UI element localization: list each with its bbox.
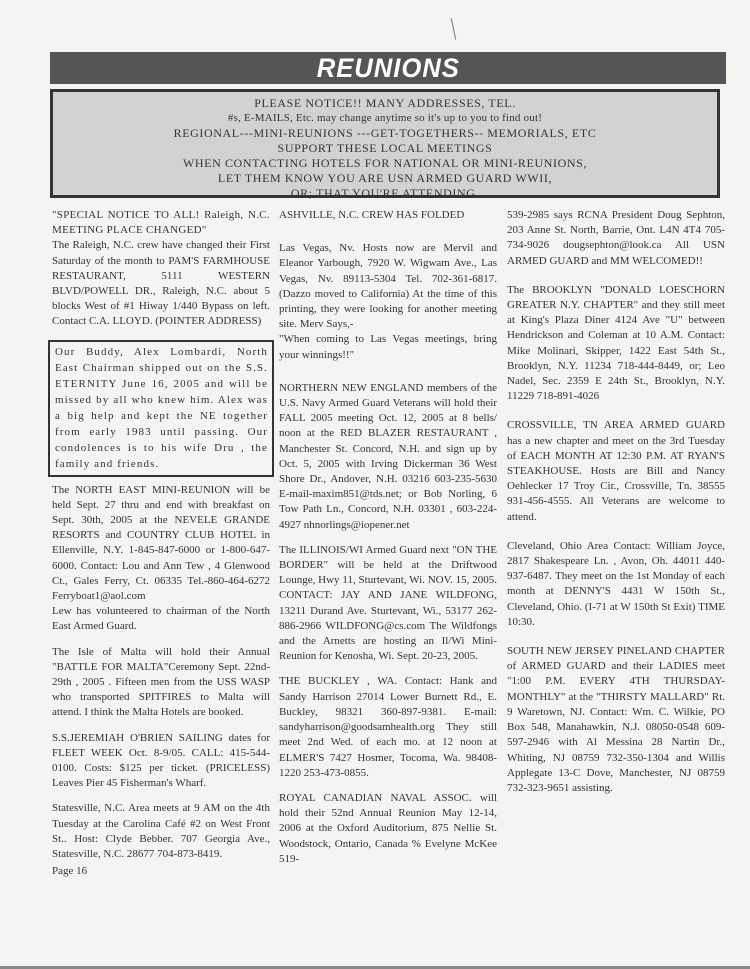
article-body: NORTHERN NEW ENGLAND members of the U.S.… [279,381,497,533]
article-rcna-continued: 539-2985 says RCNA President Doug Sephto… [507,208,725,269]
article-body: Our Buddy, Alex Lombardi, North East Cha… [55,344,268,472]
notice-line: SUPPORT THESE LOCAL MEETINGS [53,141,717,156]
article-heading: ASHVILLE, N.C. CREW HAS FOLDED [279,208,497,223]
article-body: THE BUCKLEY , WA. Contact: Hank and Sand… [279,674,497,780]
section-title: REUNIONS [316,53,459,84]
article-brooklyn: The BROOKLYN "DONALD LOESCHORN GREATER N… [507,283,725,405]
article-body: S.S.JEREMIAH O'BRIEN SAILING dates for F… [52,731,270,792]
article-ashville: ASHVILLE, N.C. CREW HAS FOLDED [279,208,497,223]
article-buckley: THE BUCKLEY , WA. Contact: Hank and Sand… [279,674,497,780]
article-body: CROSSVILLE, TN AREA ARMED GUARD has a ne… [507,418,725,524]
article-note: Lew has volunteered to chairman of the N… [52,604,270,634]
article-body: The Raleigh, N.C. crew have changed thei… [52,238,270,329]
section-header-bar: REUNIONS [50,52,726,84]
article-rcna: ROYAL CANADIAN NAVAL ASSOC. will hold th… [279,791,497,867]
page-number: Page 16 [52,864,270,879]
article-northeast: The NORTH EAST MINI-REUNION will be held… [52,483,270,635]
article-raleigh: "SPECIAL NOTICE TO ALL! Raleigh, N.C. ME… [52,208,270,330]
article-body: The NORTH EAST MINI-REUNION will be held… [52,483,270,605]
article-northern-new-england: NORTHERN NEW ENGLAND members of the U.S.… [279,381,497,533]
notice-line: PLEASE NOTICE!! MANY ADDRESSES, TEL. [53,96,717,111]
notice-line: LET THEM KNOW YOU ARE USN ARMED GUARD WW… [53,171,717,186]
column-middle: ASHVILLE, N.C. CREW HAS FOLDED Las Vegas… [279,208,497,877]
article-body: ROYAL CANADIAN NAVAL ASSOC. will hold th… [279,791,497,867]
article-body: Cleveland, Ohio Area Contact: William Jo… [507,539,725,630]
article-crossville: CROSSVILLE, TN AREA ARMED GUARD has a ne… [507,418,725,524]
article-body: The BROOKLYN "DONALD LOESCHORN GREATER N… [507,283,725,405]
article-cleveland: Cleveland, Ohio Area Contact: William Jo… [507,539,725,630]
article-obrien: S.S.JEREMIAH O'BRIEN SAILING dates for F… [52,731,270,792]
article-malta: The Isle of Malta will hold their Annual… [52,645,270,721]
notice-line: REGIONAL---MINI-REUNIONS ---GET-TOGETHER… [53,126,717,141]
article-body: SOUTH NEW JERSEY PINELAND CHAPTER of ARM… [507,644,725,796]
article-body: 539-2985 says RCNA President Doug Sephto… [507,208,725,269]
article-body: The ILLINOIS/WI Armed Guard next "ON THE… [279,543,497,665]
article-statesville: Statesville, N.C. Area meets at 9 AM on … [52,801,270,862]
notice-line: OR; THAT YOU'RE ATTENDING. [53,186,717,201]
article-illinois: The ILLINOIS/WI Armed Guard next "ON THE… [279,543,497,665]
notice-box: PLEASE NOTICE!! MANY ADDRESSES, TEL. #s,… [50,89,720,198]
article-lasvegas: Las Vegas, Nv. Hosts now are Mervil and … [279,241,497,363]
notice-line: #s, E-MAILS, Etc. may change anytime so … [53,111,717,126]
article-heading: "SPECIAL NOTICE TO ALL! Raleigh, N.C. ME… [52,208,270,238]
article-body: The Isle of Malta will hold their Annual… [52,645,270,721]
scan-mark [451,18,457,40]
notice-line: WHEN CONTACTING HOTELS FOR NATIONAL OR M… [53,156,717,171]
memorial-box: Our Buddy, Alex Lombardi, North East Cha… [48,340,274,477]
column-left: "SPECIAL NOTICE TO ALL! Raleigh, N.C. ME… [52,208,270,880]
article-quote: "When coming to Las Vegas meetings, brin… [279,332,497,362]
column-right: 539-2985 says RCNA President Doug Sephto… [507,208,725,806]
article-south-new-jersey: SOUTH NEW JERSEY PINELAND CHAPTER of ARM… [507,644,725,796]
article-body: Las Vegas, Nv. Hosts now are Mervil and … [279,241,497,332]
article-body: Statesville, N.C. Area meets at 9 AM on … [52,801,270,862]
